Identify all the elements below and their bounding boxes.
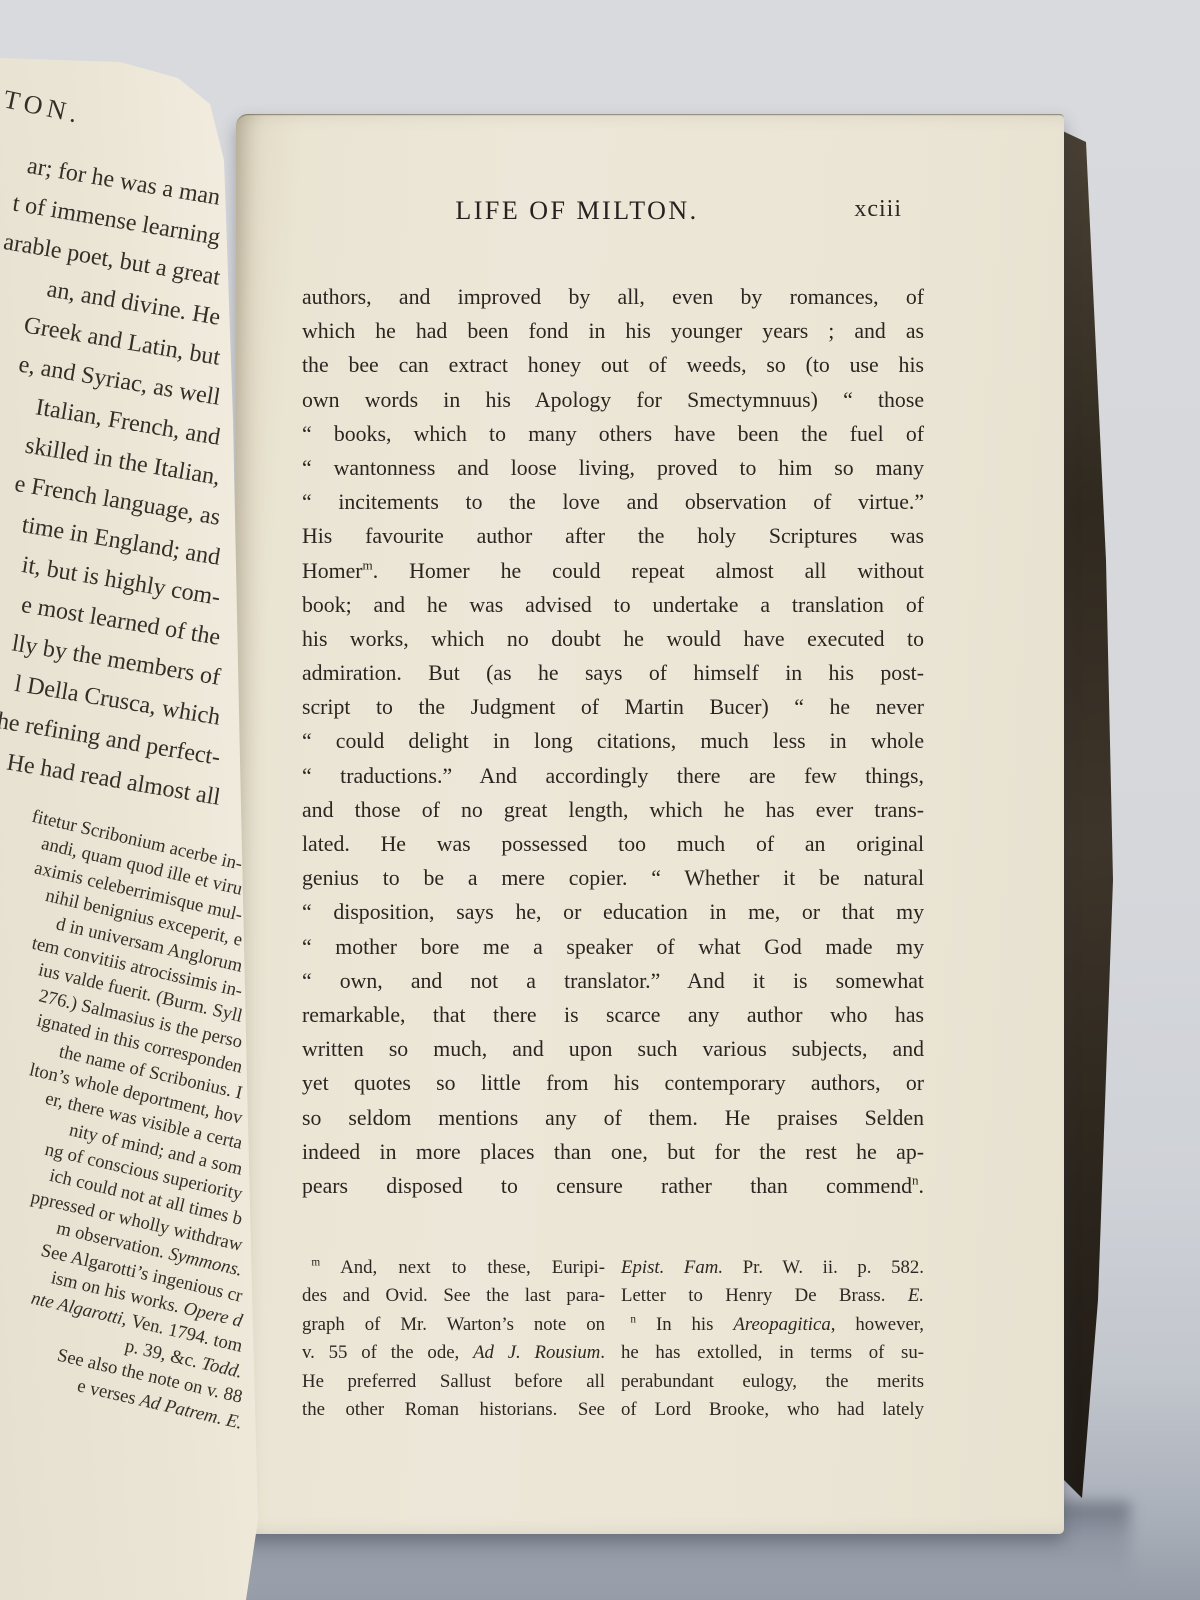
footnote-line: he has extolled, in terms of su- [621,1339,924,1367]
left-running-title-fragment: TON. [1,84,85,130]
body-line: the bee can extract honey out of weeds, … [302,348,924,382]
body-line: admiration. But (as he says of himself i… [302,656,924,690]
body-text: authors, and improved by all, even by ro… [302,280,924,1203]
page-header: LIFE OF MILTON. xciii [236,196,1064,230]
body-line: yet quotes so little from his contempora… [302,1066,924,1100]
footnote-line: Epist. Fam. Pr. W. ii. p. 582. [621,1254,924,1282]
footnote-line: des and Ovid. See the last para- [302,1282,605,1310]
body-line: authors, and improved by all, even by ro… [302,280,924,314]
footnote-line: Letter to Henry De Brass. E. [621,1282,924,1310]
body-line: script to the Judgment of Martin Bucer) … [302,690,924,724]
body-line: “ disposition, says he, or education in … [302,895,924,929]
body-line: and those of no great length, which he h… [302,793,924,827]
book-photo-scene: LIFE OF MILTON. xciii authors, and impro… [0,0,1200,1600]
right-page: LIFE OF MILTON. xciii authors, and impro… [236,114,1064,1534]
body-line: pears disposed to censure rather than co… [302,1169,924,1203]
footnote-line: perabundant eulogy, the merits [621,1368,924,1396]
footnote-line: He preferred Sallust before all [302,1368,605,1396]
body-line: “ traductions.” And accordingly there ar… [302,759,924,793]
footnote-column-left: m And, next to these, Euripi-des and Ovi… [302,1254,605,1424]
body-line: “ own, and not a translator.” And it is … [302,964,924,998]
body-line: genius to be a mere copier. “ Whether it… [302,861,924,895]
body-line: written so much, and upon such various s… [302,1032,924,1066]
footnote-line: the other Roman historians. See [302,1396,605,1424]
body-line: “ wantonness and loose living, proved to… [302,451,924,485]
body-line: His favourite author after the holy Scri… [302,519,924,553]
footnote-line: m And, next to these, Euripi- [302,1254,605,1282]
body-line: so seldom mentions any of them. He prais… [302,1101,924,1135]
body-line: which he had been fond in his younger ye… [302,314,924,348]
body-line: “ incitements to the love and observatio… [302,485,924,519]
footnote-line: v. 55 of the ode, Ad J. Rousium. [302,1339,605,1367]
footnote-line: graph of Mr. Warton’s note on [302,1311,605,1339]
body-line: Homerm. Homer he could repeat almost all… [302,554,924,588]
body-line: own words in his Apology for Smectymnuus… [302,383,924,417]
body-line: “ could delight in long citations, much … [302,724,924,758]
body-line: indeed in more places than one, but for … [302,1135,924,1169]
body-line: remarkable, that there is scarce any aut… [302,998,924,1032]
footnotes: m And, next to these, Euripi-des and Ovi… [302,1254,924,1424]
footnote-line: n In his Areopagitica, however, [621,1311,924,1339]
body-line: “ mother bore me a speaker of what God m… [302,930,924,964]
running-title: LIFE OF MILTON. [455,196,698,226]
left-page-body: ar; for he was a mant of immense learnin… [0,178,220,818]
body-line: lated. He was possessed too much of an o… [302,827,924,861]
left-page-footnotes: fitetur Scribonium acerbe in-andi, quam … [0,852,242,1436]
footnote-line: of Lord Brooke, who had lately [621,1396,924,1424]
body-line: his works, which no doubt he would have … [302,622,924,656]
footnote-column-right: Epist. Fam. Pr. W. ii. p. 582.Letter to … [621,1254,924,1424]
body-line: “ books, which to many others have been … [302,417,924,451]
body-line: book; and he was advised to undertake a … [302,588,924,622]
folio-number: xciii [854,196,902,223]
